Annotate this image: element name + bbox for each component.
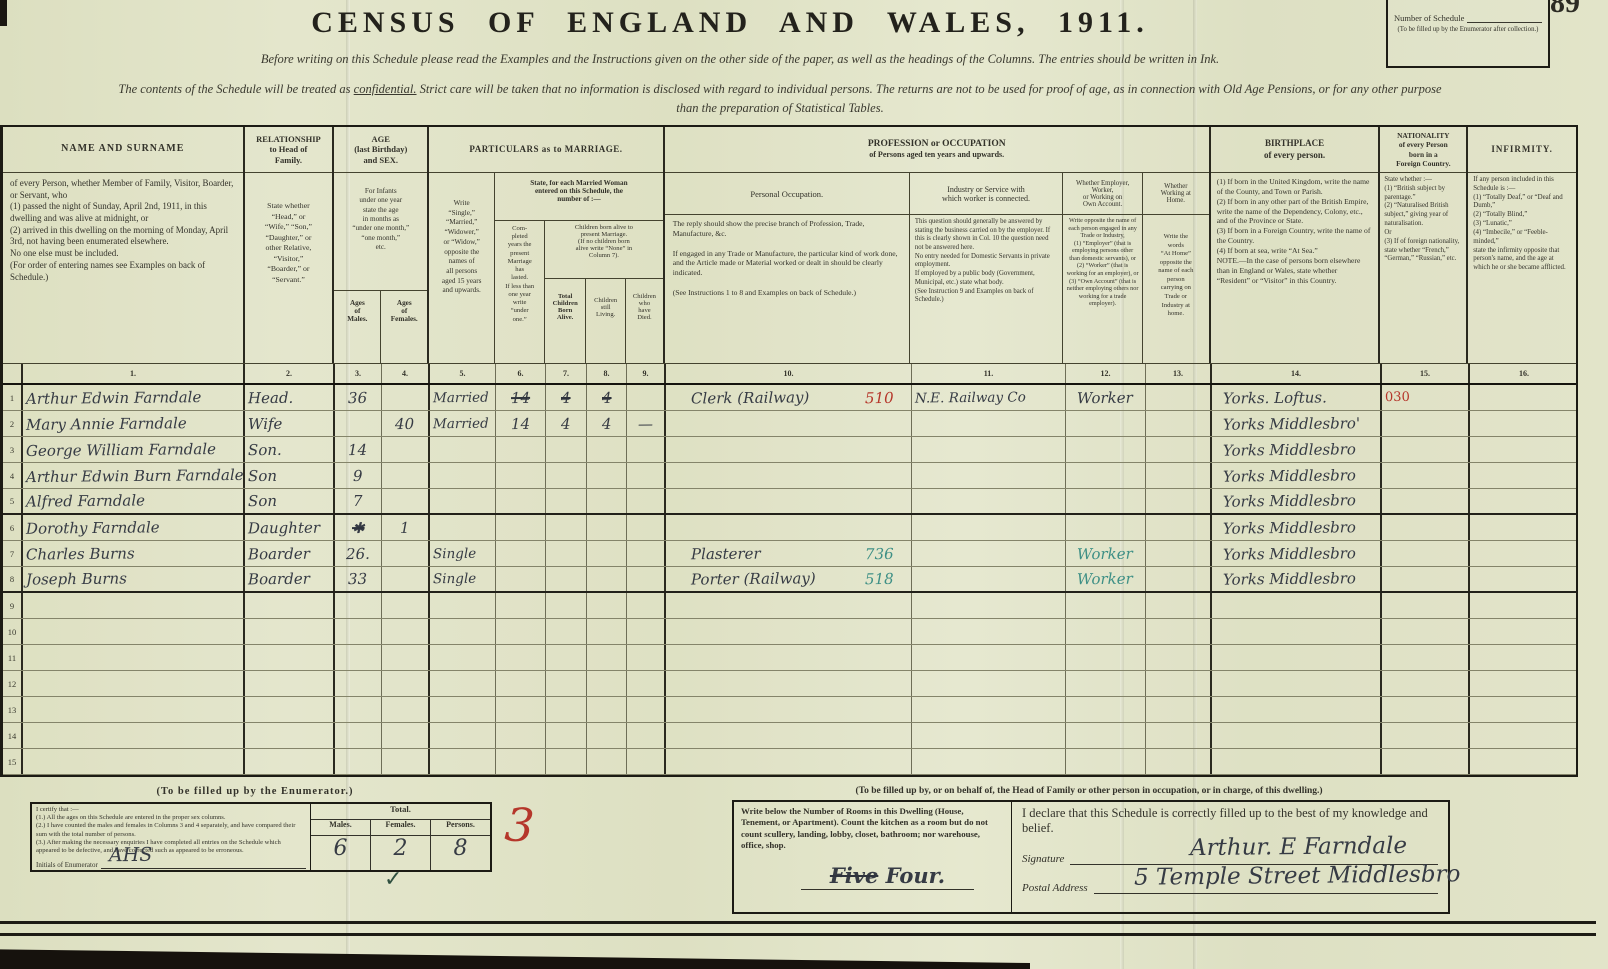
cell-marriage <box>430 437 496 462</box>
cell-children-living <box>587 697 627 722</box>
cell-years-married <box>496 671 546 696</box>
cell-name: Alfred Farndale <box>23 489 245 513</box>
cell-years-married <box>496 593 546 618</box>
birthplace-entry: Yorks. Loftus. <box>1215 388 1327 407</box>
cell-age-males <box>335 749 382 774</box>
working-at-home-desc: Write the words “At Home” opposite the n… <box>1143 215 1209 363</box>
cell-years-married <box>496 541 546 566</box>
employment-entry: Worker <box>1069 570 1133 589</box>
age-infants-desc: For Infants under one year state the age… <box>334 173 427 291</box>
birthplace-entry: Yorks Middlesbro <box>1215 491 1356 510</box>
column-number-16: 16. <box>1470 364 1578 383</box>
cell-at-home <box>1146 697 1212 722</box>
cell-age-males: ✱ <box>335 515 382 540</box>
cell-children-living <box>587 671 627 696</box>
cell-employment <box>1066 671 1146 696</box>
table-row: 1 Arthur Edwin Farndale Head. 36 Married… <box>3 385 1576 411</box>
cell-birthplace <box>1212 593 1382 618</box>
children-born-header: Total Children Born Alive. <box>545 279 586 363</box>
cell-marriage: Married <box>430 385 496 410</box>
cell-employment <box>1066 593 1146 618</box>
occupation-code-entry: 736 <box>865 544 908 562</box>
cell-birthplace <box>1212 723 1382 748</box>
profession-title-line1: PROFESSION or OCCUPATION <box>868 139 1006 151</box>
cell-children-died <box>627 385 666 410</box>
cell-years-married <box>496 619 546 644</box>
table-row: 7 Charles Burns Boarder 26. Single Plast… <box>3 541 1576 567</box>
profession-group-title: PROFESSION or OCCUPATION of Persons aged… <box>665 127 1209 173</box>
table-row: 14 <box>3 723 1576 749</box>
working-at-home-header: Whether Working at Home. <box>1143 173 1209 215</box>
cell-employment <box>1066 437 1146 462</box>
scan-edge-shadow <box>0 945 1030 969</box>
cell-industry <box>912 671 1066 696</box>
cell-marriage <box>430 645 496 670</box>
cell-age-females <box>382 437 430 462</box>
cell-at-home <box>1146 437 1212 462</box>
cell-children-living <box>587 567 627 591</box>
cell-children-died <box>627 463 666 488</box>
age-males-entry: 36 <box>348 388 367 406</box>
cell-infirmity <box>1470 593 1578 618</box>
cell-children-living <box>587 541 627 566</box>
cell-nationality <box>1382 645 1470 670</box>
cell-name: Arthur Edwin Farndale <box>23 385 245 410</box>
table-row: 10 <box>3 619 1576 645</box>
cell-industry <box>912 515 1066 540</box>
occupation-entry: Porter (Railway) <box>669 569 816 589</box>
employment-entry: Worker <box>1069 544 1133 563</box>
name-entry: Arthur Edwin Farndale <box>26 388 201 408</box>
cell-row-number: 3 <box>3 437 23 462</box>
cell-birthplace <box>1212 619 1382 644</box>
cell-infirmity <box>1470 567 1578 591</box>
personal-occupation-header: Personal Occupation. <box>665 173 909 215</box>
cell-employment: Worker <box>1066 567 1146 591</box>
cell-blank <box>3 364 23 383</box>
cell-marriage <box>430 619 496 644</box>
cell-age-males: 33 <box>335 567 382 591</box>
cell-employment: Worker <box>1066 541 1146 566</box>
name-entry: Charles Burns <box>26 544 135 563</box>
relationship-entry: Head. <box>248 388 293 406</box>
cell-children-living <box>587 723 627 748</box>
name-column-title: NAME AND SURNAME <box>3 127 243 173</box>
column-number-12: 12. <box>1066 364 1146 383</box>
industry-header: Industry or Service with which worker is… <box>910 173 1062 215</box>
cell-age-females <box>382 619 430 644</box>
schedule-number-label: Number of Schedule <box>1394 13 1464 23</box>
cell-relationship <box>245 723 335 748</box>
cell-birthplace: Yorks Middlesbro <box>1212 489 1382 513</box>
males-total: 6 <box>311 836 371 870</box>
cell-age-males: 26. <box>335 541 382 566</box>
cell-marriage <box>430 671 496 696</box>
relationship-entry: Boarder <box>248 544 310 563</box>
cell-occupation <box>666 463 912 488</box>
marriage-years-header: Com- pleted years the present Marriage h… <box>495 221 545 363</box>
cell-age-males <box>335 671 382 696</box>
name-entry: Dorothy Farndale <box>26 518 160 537</box>
cell-employment <box>1066 489 1146 513</box>
cell-years-married <box>496 567 546 591</box>
cell-occupation <box>666 671 912 696</box>
column-number-9: 9. <box>627 364 666 383</box>
cell-children-born <box>546 645 587 670</box>
ages-of-males-header: Ages of Males. <box>334 291 381 363</box>
cell-industry <box>912 463 1066 488</box>
rooms-count-entry: Four. <box>878 863 945 888</box>
cell-infirmity <box>1470 515 1578 540</box>
males-label: Males. <box>311 820 371 835</box>
cell-children-born <box>546 619 587 644</box>
cell-industry <box>912 619 1066 644</box>
cell-employment <box>1066 463 1146 488</box>
cell-children-living <box>587 515 627 540</box>
cell-relationship: Head. <box>245 385 335 410</box>
table-row: 4 Arthur Edwin Burn Farndale Son 9 Yorks… <box>3 463 1576 489</box>
cell-at-home <box>1146 619 1212 644</box>
cell-children-died <box>627 697 666 722</box>
column-group-birthplace: BIRTHPLACE of every person. (1) If born … <box>1211 127 1381 363</box>
column-number-row: 1. 2. 3. 4. 5. 6. 7. 8. 9. 10. 11. 12. 1… <box>3 363 1576 385</box>
age-males-entry: 7 <box>353 492 363 510</box>
relationship-entry: Son <box>248 492 277 510</box>
cell-row-number: 14 <box>3 723 23 748</box>
cell-children-living: 4 <box>587 411 627 436</box>
column-number-10: 10. <box>666 364 912 383</box>
cell-children-died <box>627 437 666 462</box>
cell-row-number: 15 <box>3 749 23 774</box>
cell-industry <box>912 541 1066 566</box>
cell-age-females: 1 <box>382 515 430 540</box>
cell-name: Mary Annie Farndale <box>23 411 245 436</box>
cell-age-females: 40 <box>382 411 430 436</box>
cell-age-females <box>382 593 430 618</box>
schedule-number-note: (To be filled up by the Enumerator after… <box>1388 26 1548 35</box>
cell-relationship: Son <box>245 463 335 488</box>
nationality-column-title: NATIONALITY of every Person born in a Fo… <box>1380 127 1466 173</box>
cell-marriage: Single <box>430 567 496 591</box>
cell-children-died <box>627 671 666 696</box>
cell-relationship <box>245 671 335 696</box>
table-row: 6 Dorothy Farndale Daughter ✱ 1 Yorks Mi… <box>3 515 1576 541</box>
cell-children-died <box>627 567 666 591</box>
cell-industry <box>912 645 1066 670</box>
cell-children-living <box>587 593 627 618</box>
age-males-entry: 33 <box>348 570 367 588</box>
column-group-marriage: PARTICULARS as to MARRIAGE. Write “Singl… <box>429 127 665 363</box>
cell-name <box>23 593 245 618</box>
cell-children-died <box>627 541 666 566</box>
table-row: 11 <box>3 645 1576 671</box>
cell-nationality <box>1382 671 1470 696</box>
census-schedule-page: CENSUS OF ENGLAND AND WALES, 1911. Befor… <box>0 0 1608 969</box>
cell-name: George William Farndale <box>23 437 245 462</box>
table-row: 2 Mary Annie Farndale Wife 40 Married 14… <box>3 411 1576 437</box>
cell-relationship <box>245 593 335 618</box>
cell-occupation: Plasterer736 <box>666 541 912 566</box>
cell-at-home <box>1146 593 1212 618</box>
cell-infirmity <box>1470 489 1578 513</box>
cell-row-number: 9 <box>3 593 23 618</box>
confidential-note: The contents of the Schedule will be tre… <box>0 80 1560 118</box>
relationship-entry: Daughter <box>248 518 320 537</box>
cell-employment <box>1066 411 1146 436</box>
cell-occupation <box>666 437 912 462</box>
cell-occupation <box>666 645 912 670</box>
relationship-entry: Son. <box>248 440 282 458</box>
cell-occupation <box>666 593 912 618</box>
cell-age-males <box>335 411 382 436</box>
cell-children-living <box>587 619 627 644</box>
industry-entry: N.E. Railway Co <box>915 389 1026 406</box>
cell-age-females <box>382 697 430 722</box>
cell-children-born <box>546 567 587 591</box>
cell-years-married: 14 <box>496 411 546 436</box>
cell-industry <box>912 593 1066 618</box>
children-living-header: Children still Living. <box>586 279 626 363</box>
marriage-entry: Single <box>433 571 476 587</box>
cell-infirmity <box>1470 385 1578 410</box>
cell-children-died <box>627 619 666 644</box>
table-row: 8 Joseph Burns Boarder 33 Single Porter … <box>3 567 1576 593</box>
cell-row-number: 10 <box>3 619 23 644</box>
cell-birthplace <box>1212 749 1382 774</box>
cell-nationality <box>1382 749 1470 774</box>
name-entry: Mary Annie Farndale <box>26 414 187 434</box>
cell-children-born <box>546 515 587 540</box>
cell-marriage <box>430 723 496 748</box>
cell-occupation: Clerk (Railway)510 <box>666 385 912 410</box>
cell-children-died <box>627 645 666 670</box>
postal-address-label: Postal Address <box>1022 882 1088 894</box>
ages-of-females-header: Ages of Females. <box>381 291 427 363</box>
cell-name: Dorothy Farndale <box>23 515 245 540</box>
name-entry: Alfred Farndale <box>26 491 145 510</box>
cell-infirmity <box>1470 541 1578 566</box>
cell-industry <box>912 489 1066 513</box>
cell-birthplace: Yorks Middlesbro <box>1212 567 1382 591</box>
cell-age-males: 9 <box>335 463 382 488</box>
enumerator-initials-scrawl: AHS <box>109 844 153 868</box>
cell-row-number: 11 <box>3 645 23 670</box>
cell-infirmity <box>1470 411 1578 436</box>
column-number-13: 13. <box>1146 364 1212 383</box>
cell-occupation <box>666 619 912 644</box>
relationship-entry: Son <box>248 466 277 484</box>
column-number-6: 6. <box>496 364 546 383</box>
cell-industry <box>912 567 1066 591</box>
birthplace-entry: Yorks Middlesbro <box>1215 569 1356 588</box>
employer-worker-header: Whether Employer, Worker, or Working on … <box>1063 173 1142 215</box>
column-group-nationality: NATIONALITY of every Person born in a Fo… <box>1380 127 1468 363</box>
cell-children-born <box>546 749 587 774</box>
cell-years-married <box>496 515 546 540</box>
table-header: NAME AND SURNAME of every Person, whethe… <box>3 127 1576 363</box>
cell-at-home <box>1146 567 1212 591</box>
cell-nationality <box>1382 541 1470 566</box>
cell-at-home <box>1146 645 1212 670</box>
marriage-write-desc: Write “Single,” “Married,” “Widower,” or… <box>429 173 495 363</box>
cell-at-home <box>1146 749 1212 774</box>
cell-infirmity <box>1470 463 1578 488</box>
cell-name: Joseph Burns <box>23 567 245 591</box>
cell-row-number: 4 <box>3 463 23 488</box>
confidential-line2: than the preparation of Statistical Tabl… <box>676 101 883 115</box>
cell-nationality <box>1382 463 1470 488</box>
females-total: 2 <box>371 836 431 870</box>
totals-grid: Total. Males. Females. Persons. 6 2 8 <box>310 804 490 870</box>
cell-children-died <box>627 723 666 748</box>
cell-birthplace: Yorks Middlesbro <box>1212 515 1382 540</box>
cell-marriage: Married <box>430 411 496 436</box>
birthplace-column-desc: (1) If born in the United Kingdom, write… <box>1211 173 1379 363</box>
cell-occupation <box>666 697 912 722</box>
marriage-entry: Single <box>433 545 476 561</box>
cell-name: Charles Burns <box>23 541 245 566</box>
column-number-7: 7. <box>546 364 587 383</box>
cell-at-home <box>1146 385 1212 410</box>
cell-children-living: 4 <box>587 385 627 410</box>
cell-children-born <box>546 489 587 513</box>
check-mark: ✓ <box>384 866 402 892</box>
cell-nationality <box>1382 593 1470 618</box>
cell-children-died: — <box>627 411 666 436</box>
cell-birthplace: Yorks Middlesbro <box>1212 541 1382 566</box>
confidential-word: confidential. <box>354 82 417 96</box>
table-row: 13 <box>3 697 1576 723</box>
cell-relationship: Son. <box>245 437 335 462</box>
initials-row: Initials of Enumerator AHS <box>36 856 306 869</box>
cell-nationality <box>1382 489 1470 513</box>
name-entry: Arthur Edwin Burn Farndale <box>26 465 244 485</box>
cell-industry <box>912 723 1066 748</box>
nationality-column-desc: State whether :— (1) “British subject by… <box>1380 173 1466 363</box>
declaration-text: I declare that this Schedule is correctl… <box>1022 806 1438 836</box>
table-rows: 1 Arthur Edwin Farndale Head. 36 Married… <box>3 385 1576 775</box>
cell-infirmity <box>1470 723 1578 748</box>
birthplace-column-title: BIRTHPLACE of every person. <box>1211 127 1379 173</box>
employer-worker-desc: Write opposite the name of each person e… <box>1063 215 1142 363</box>
cell-birthplace <box>1212 671 1382 696</box>
cell-row-number: 7 <box>3 541 23 566</box>
cell-nationality: 030 <box>1382 385 1470 410</box>
cell-name <box>23 645 245 670</box>
instruction-line: Before writing on this Schedule please r… <box>70 52 1410 67</box>
cell-row-number: 12 <box>3 671 23 696</box>
cell-row-number: 6 <box>3 515 23 540</box>
cell-employment <box>1066 723 1146 748</box>
age-males-entry: 9 <box>353 466 363 484</box>
cell-children-died <box>627 489 666 513</box>
cell-children-born <box>546 463 587 488</box>
cell-age-females <box>382 385 430 410</box>
cell-occupation <box>666 411 912 436</box>
years-married-entry: 14 <box>511 414 530 432</box>
cell-infirmity <box>1470 437 1578 462</box>
cell-nationality <box>1382 411 1470 436</box>
age-males-entry: 26. <box>346 544 370 562</box>
census-table: NAME AND SURNAME of every Person, whethe… <box>0 125 1578 777</box>
column-number-14: 14. <box>1212 364 1382 383</box>
age-females-entry: 1 <box>400 518 410 536</box>
cell-years-married <box>496 645 546 670</box>
name-entry: George William Farndale <box>26 440 216 460</box>
cell-relationship <box>245 645 335 670</box>
age-females-entry: 40 <box>395 414 414 432</box>
cell-occupation <box>666 749 912 774</box>
column-number-1: 1. <box>23 364 245 383</box>
cell-children-born <box>546 723 587 748</box>
persons-label: Persons. <box>431 820 490 835</box>
cell-relationship <box>245 619 335 644</box>
relationship-column-title: RELATIONSHIP to Head of Family. <box>245 127 333 173</box>
schedule-number-box: Number of Schedule (To be filled up by t… <box>1386 0 1550 68</box>
red-annotation-number: 3 <box>503 797 536 853</box>
cell-age-males: 7 <box>335 489 382 513</box>
cell-marriage: Single <box>430 541 496 566</box>
birthplace-entry: Yorks Middlesbro <box>1215 518 1356 537</box>
cell-nationality <box>1382 515 1470 540</box>
cell-at-home <box>1146 411 1212 436</box>
signature-entry: Arthur. E Farndale <box>1190 833 1407 861</box>
cell-birthplace: Yorks Middlesbro' <box>1212 411 1382 436</box>
cell-at-home <box>1146 515 1212 540</box>
cell-infirmity <box>1470 619 1578 644</box>
cell-children-born <box>546 671 587 696</box>
column-number-15: 15. <box>1382 364 1470 383</box>
married-woman-desc: State, for each Married Woman entered on… <box>495 173 663 221</box>
column-number-2: 2. <box>245 364 335 383</box>
cell-children-died <box>627 749 666 774</box>
cell-industry <box>912 697 1066 722</box>
initials-line: AHS <box>101 856 306 869</box>
occupation-entry: Clerk (Railway) <box>669 388 810 407</box>
confidential-rest: Strict care will be taken that no inform… <box>417 82 1442 96</box>
children-died-header: Children who have Died. <box>626 279 663 363</box>
persons-total: 8 <box>431 836 490 870</box>
cell-years-married <box>496 489 546 513</box>
column-group-name: NAME AND SURNAME of every Person, whethe… <box>3 127 245 363</box>
cell-name <box>23 619 245 644</box>
marriage-entry: Married <box>433 389 489 406</box>
cell-row-number: 8 <box>3 567 23 591</box>
cell-nationality <box>1382 619 1470 644</box>
declaration-box: Write below the Number of Rooms in this … <box>732 800 1450 914</box>
cell-name <box>23 697 245 722</box>
column-number-4: 4. <box>382 364 430 383</box>
cell-marriage <box>430 593 496 618</box>
cell-relationship: Daughter <box>245 515 335 540</box>
cell-occupation <box>666 489 912 513</box>
column-number-5: 5. <box>430 364 496 383</box>
cell-age-females <box>382 541 430 566</box>
relationship-entry: Wife <box>248 414 283 432</box>
cell-age-females <box>382 567 430 591</box>
cell-age-females <box>382 749 430 774</box>
cell-age-males <box>335 593 382 618</box>
postal-address-line: 5 Temple Street Middlesbro <box>1094 879 1438 894</box>
declaration-panel: I declare that this Schedule is correctl… <box>1012 802 1448 912</box>
cell-nationality <box>1382 723 1470 748</box>
cell-at-home <box>1146 541 1212 566</box>
females-label: Females. <box>371 820 431 835</box>
cell-row-number: 5 <box>3 489 23 513</box>
cell-children-living <box>587 489 627 513</box>
table-row: 12 <box>3 671 1576 697</box>
cell-years-married <box>496 437 546 462</box>
